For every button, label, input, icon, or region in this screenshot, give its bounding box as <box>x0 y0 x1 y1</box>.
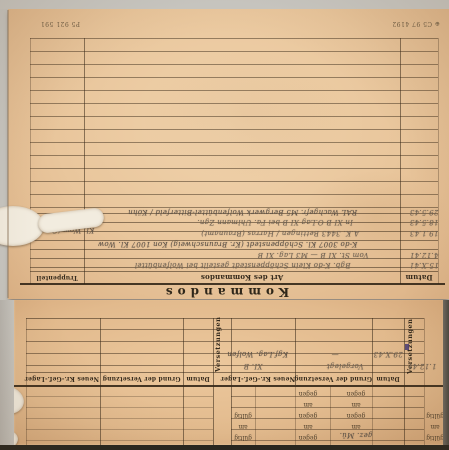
stamp-label-text: gültig <box>426 434 444 441</box>
stamp-label-gueltig: gültig <box>232 410 254 420</box>
entry-date-label: 19.1.43 <box>410 229 439 237</box>
scan-edge-left-bottom <box>0 300 14 450</box>
vt-header-grund-right: Grund der Versetzung <box>295 373 372 384</box>
vt-entry-grund: Vorgelegt <box>310 362 380 370</box>
entry-date: 4.12.41 <box>402 251 446 259</box>
entry-text: A.K. 3443 Bettingen / Harras (Braunamt) <box>165 229 395 237</box>
entry-text: In XI B O.Lag XI B bei Fa. Uhlmann Zgn. <box>150 218 400 226</box>
vt-header-lager-left: Neues Kr.-Gef.-Lager <box>27 373 99 384</box>
entry-date-label: 29.5.43 <box>410 208 439 216</box>
entry-date-label: 15.X.41 <box>409 261 438 269</box>
scan-edge-top <box>0 0 449 9</box>
vt-entry-lager: XI. B <box>233 362 273 370</box>
column-line-outer-right <box>438 38 439 284</box>
vt-header-datum-left: Datum <box>183 373 213 384</box>
entry-text: Bgb. K-do Klein Schöppenstedt gestellt b… <box>90 261 395 269</box>
vt-header-datum-label: Datum <box>376 375 400 382</box>
stamp-label-am: am <box>296 399 320 409</box>
scan-edge-bottom-dark <box>0 445 449 450</box>
entry-text-label: RAL Wachgefr. M5 Bergwerk Wolfenbüttel-B… <box>128 208 357 216</box>
vt-entry-lager-label: Kgf.Lag. Wolfen <box>227 350 288 358</box>
column-header-art-label: Art des Kommandos <box>201 273 283 282</box>
stamp-label-text: am <box>303 423 312 430</box>
stamp-label-am: am <box>232 421 254 431</box>
entry-date: 29.5.43 <box>402 208 446 216</box>
side-label-text: Versetzungen <box>214 317 222 372</box>
entry-date: 19.1.43 <box>402 229 446 237</box>
stamp-scribble: gez. Mü. <box>334 431 378 439</box>
vt-entry-date-label: 1.12.41 <box>408 362 437 370</box>
stamp-label-gegen: gegen <box>344 410 368 420</box>
stamp-label-text: am <box>238 423 247 430</box>
vt-lower-rows-left <box>26 386 213 442</box>
entry-text-label: A.K. 3443 Bettingen / Harras (Braunamt) <box>201 229 359 237</box>
entry-date: 15.X.41 <box>402 261 446 269</box>
stamp-label-am: am <box>344 421 368 431</box>
vt-entry-grund: — <box>320 351 350 359</box>
vt-entry-grund-label: — <box>331 351 338 359</box>
stamp-label-text: gegen <box>347 390 366 397</box>
column-line-datum <box>400 38 401 284</box>
vt-entry-date-label: 29.X.43 <box>373 350 402 358</box>
entry-text-label: Vom St. XI B — M3 Lag. XI B <box>258 251 369 259</box>
stamp-label-text: gültig <box>234 412 252 419</box>
vt-header-grund-left: Grund der Versetzung <box>100 373 183 384</box>
entry-date: 18.5.43 <box>402 218 446 226</box>
stamp-label-gegen: gegen <box>296 388 320 398</box>
column-header-truppenteil: Truppenteil <box>31 272 83 283</box>
entry-date-label: 4.12.41 <box>410 251 439 259</box>
column-header-truppenteil-label: Truppenteil <box>36 274 77 281</box>
vt-header-grund-label: Grund der Versetzung <box>103 375 181 382</box>
vt-header-datum-right: Datum <box>372 373 404 384</box>
vt-entry-date: 29.X.43 <box>362 350 414 358</box>
stamp-label-text: gegen <box>299 434 318 441</box>
entry-text: K-do 3007 Kl. Schöppenstedt (Kr. Braunsc… <box>55 240 400 248</box>
scan-edge-right-dark <box>443 300 449 450</box>
page-edge-shadow-left <box>7 10 9 298</box>
vt-header-lager-right: Neues Kr.-Gef.-Lager <box>231 373 295 384</box>
vt-header-lager-label: Neues Kr.-Gef.-Lager <box>220 375 295 382</box>
entry-text-label: K-do 3007 Kl. Schöppenstedt (Kr. Braunsc… <box>98 240 357 248</box>
stamp-label-gegen: gegen <box>344 388 368 398</box>
vt-entry-lager-label: XI. B <box>244 362 263 370</box>
entry-text: Vom St. XI B — M3 Lag. XI B <box>228 251 398 259</box>
ruled-lines-upper <box>30 26 438 208</box>
entry-date-label: 18.5.43 <box>410 218 439 226</box>
stamp-label-text: am <box>430 423 439 430</box>
kommandos-title-label: Kommandos <box>161 285 289 299</box>
column-header-datum-label: Datum <box>405 273 432 282</box>
stamp-scribble-text: gez. Mü. <box>339 431 372 439</box>
stamp-label-text: am <box>303 401 312 408</box>
stamp-label-text: gültig <box>426 412 444 419</box>
column-line-outer-left <box>30 38 31 284</box>
entry-text: RAL Wachgefr. M5 Bergwerk Wolfenbüttel-B… <box>85 208 400 216</box>
vt-entry-date: 1.12.41 <box>398 362 446 370</box>
stamp-label-text: gegen <box>347 412 366 419</box>
stamp-label-am: am <box>296 421 320 431</box>
stamp-label-text: gegen <box>299 412 318 419</box>
stamp-label-gegen: gegen <box>296 410 320 420</box>
stamp-label-text: gültig <box>234 434 252 441</box>
column-header-datum: Datum <box>400 272 438 283</box>
column-header-art: Art des Kommandos <box>84 272 400 283</box>
entry-text-label: In XI B O.Lag XI B bei Fa. Uhlmann Zgn. <box>197 218 353 226</box>
vt-line-stamp-3 <box>330 386 331 445</box>
stamp-label-am: am <box>344 399 368 409</box>
scanned-document: P5 921 591 ⊕ C5 97 4192 Truppenteil Art … <box>0 0 449 450</box>
vt-header-grund-label: Grund der Versetzung <box>294 375 372 382</box>
vt-entry-grund-label: Vorgelegt <box>327 362 364 370</box>
stamp-label-gueltig: gültig <box>232 432 254 442</box>
stamp-label-text: am <box>351 423 360 430</box>
side-label-left-page: Versetzungen <box>214 322 230 372</box>
kommandos-title: Kommandos <box>130 285 320 299</box>
vt-line-stamp-1 <box>255 386 256 445</box>
vt-header-lager-label: Neues Kr.-Gef.-Lager <box>24 375 99 382</box>
stamp-label-text: am <box>351 401 360 408</box>
vt-entry-lager: Kgf.Lag. Wolfen <box>228 350 288 358</box>
vt-lower-rows-right <box>231 386 424 442</box>
stamp-label-gegen: gegen <box>296 432 320 442</box>
vt-line-right-margin-a <box>404 318 405 445</box>
stamp-label-text: gegen <box>299 390 318 397</box>
vt-header-datum-label: Datum <box>186 375 210 382</box>
entry-text-label: Bgb. K-do Klein Schöppenstedt gestellt b… <box>135 261 351 269</box>
